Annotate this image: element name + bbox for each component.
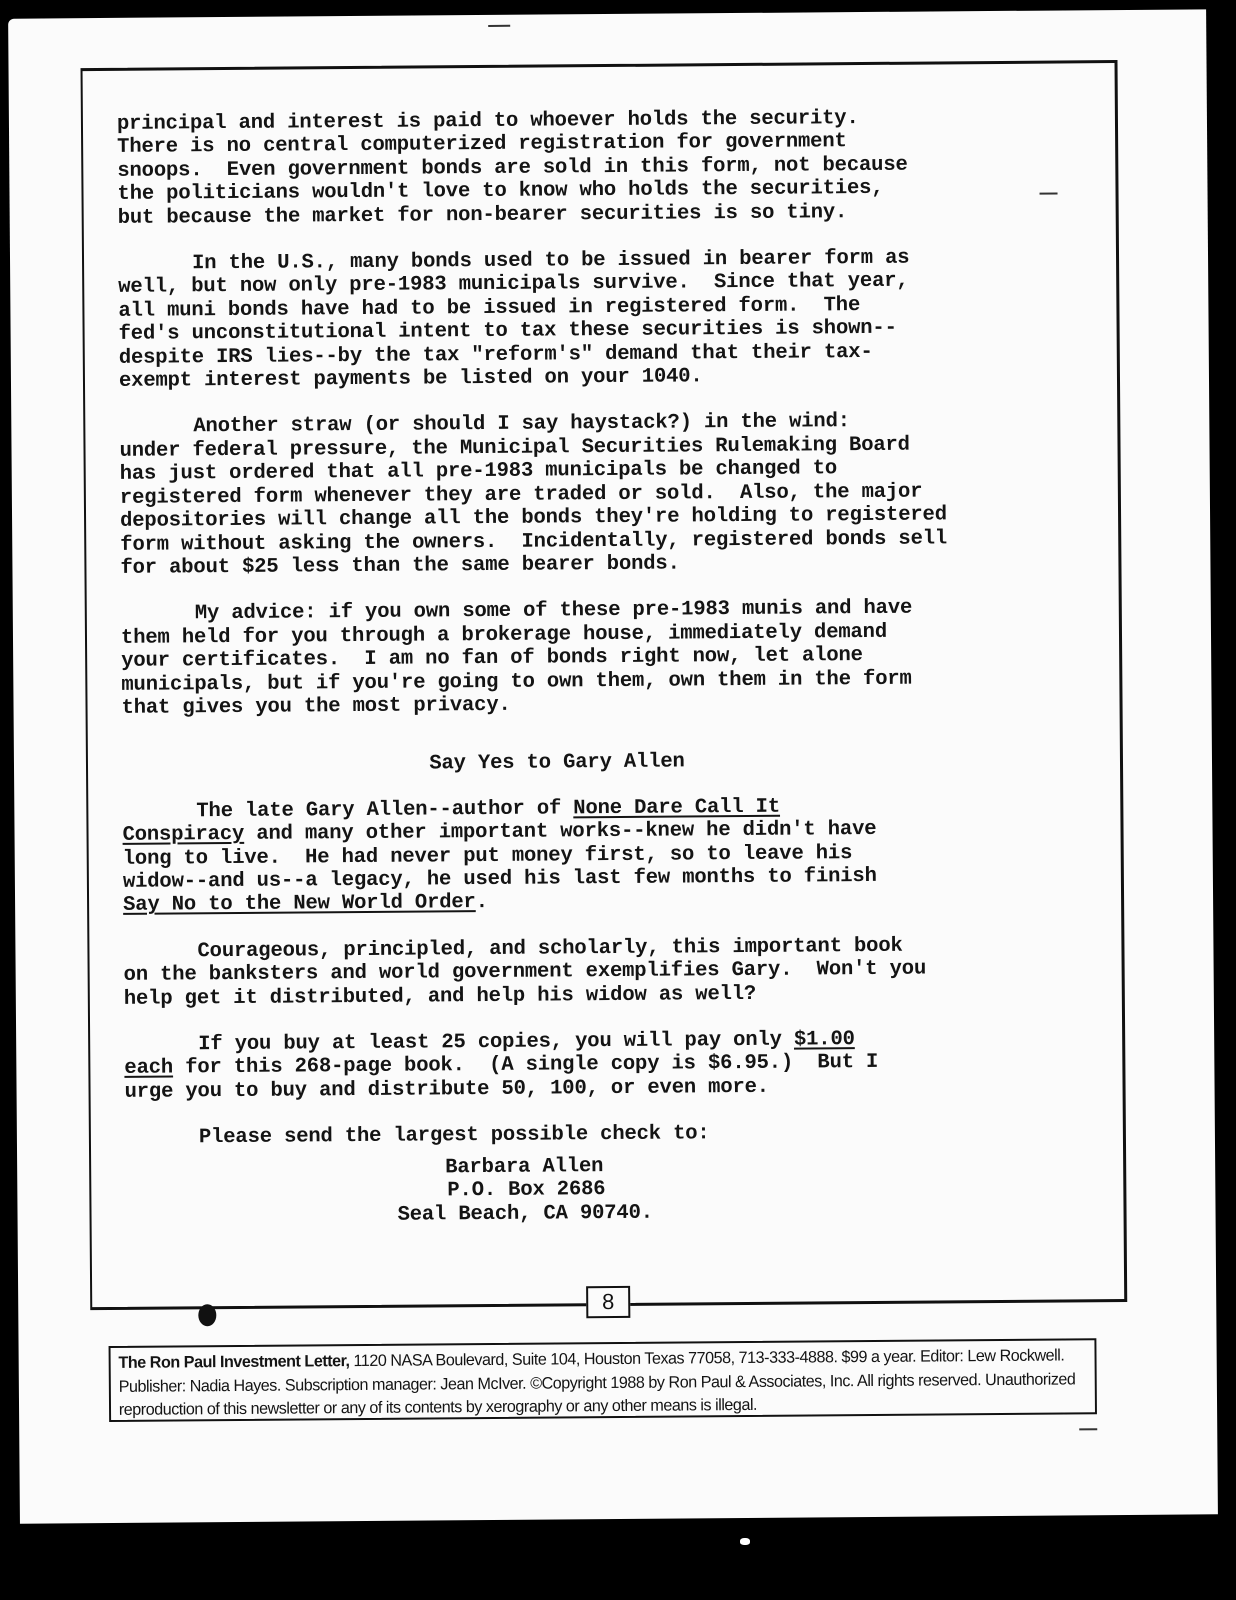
- publication-name: The Ron Paul Investment Letter,: [118, 1352, 349, 1372]
- paragraph-courageous: Courageous, principled, and scholarly, t…: [123, 933, 1084, 1011]
- scan-speck: [488, 25, 510, 27]
- paragraph-text: Another straw (or should I say haystack?…: [119, 411, 947, 580]
- paragraph-price: If you buy at least 25 copies, you will …: [124, 1026, 1085, 1104]
- paragraph-send-check: Please send the largest possible check t…: [125, 1120, 1085, 1151]
- price-emphasis: $1.00: [794, 1028, 855, 1051]
- indent: [125, 1142, 199, 1143]
- paragraph-text: Please send the largest possible check t…: [199, 1122, 710, 1149]
- price-emphasis-each: each: [124, 1057, 173, 1080]
- indent: [124, 1049, 198, 1050]
- paragraph-us-bonds: In the U.S., many bonds used to be issue…: [118, 245, 1079, 393]
- paragraph-my-advice: My advice: if you own some of these pre-…: [121, 596, 1082, 721]
- paragraph-text: Courageous, principled, and scholarly, t…: [124, 935, 927, 1011]
- paragraph-gary-allen: The late Gary Allen--author of None Dare…: [122, 793, 1083, 918]
- paragraph-text: for this 268-page book. (A single copy i…: [124, 1051, 878, 1103]
- section-heading: Say Yes to Gary Allen: [122, 748, 1082, 779]
- mailing-address: Barbara Allen P.O. Box 2686 Seal Beach, …: [445, 1151, 1086, 1227]
- indent: [123, 956, 197, 957]
- indent: [121, 619, 195, 620]
- book-title-say-no: Say No to the New World Order: [123, 891, 476, 917]
- scan-artifact: [740, 1538, 750, 1545]
- paragraph-text: principal and interest is paid to whoeve…: [117, 107, 908, 229]
- paragraph-text: My advice: if you own some of these pre-…: [121, 597, 912, 720]
- indent: [118, 268, 192, 269]
- page-number: 8: [586, 1286, 630, 1318]
- scan-speck: [1040, 192, 1058, 194]
- paragraph-text: The late Gary Allen--author of: [196, 797, 573, 823]
- book-title-conspiracy: Conspiracy: [122, 823, 244, 847]
- scanned-page: principal and interest is paid to whoeve…: [8, 9, 1218, 1523]
- article-body: principal and interest is paid to whoeve…: [117, 105, 1086, 1229]
- paragraph-bearer-securities: principal and interest is paid to whoeve…: [117, 105, 1078, 230]
- indent: [119, 432, 193, 433]
- footer-masthead: The Ron Paul Investment Letter, 1120 NAS…: [109, 1338, 1097, 1422]
- book-title-none-dare: None Dare Call It: [573, 795, 780, 820]
- scan-speck: [1079, 1428, 1097, 1430]
- indent: [122, 816, 196, 817]
- ink-blot: [198, 1304, 216, 1326]
- paragraph-another-straw: Another straw (or should I say haystack?…: [119, 409, 1080, 580]
- paragraph-text: .: [476, 891, 488, 914]
- paragraph-text: In the U.S., many bonds used to be issue…: [118, 247, 909, 393]
